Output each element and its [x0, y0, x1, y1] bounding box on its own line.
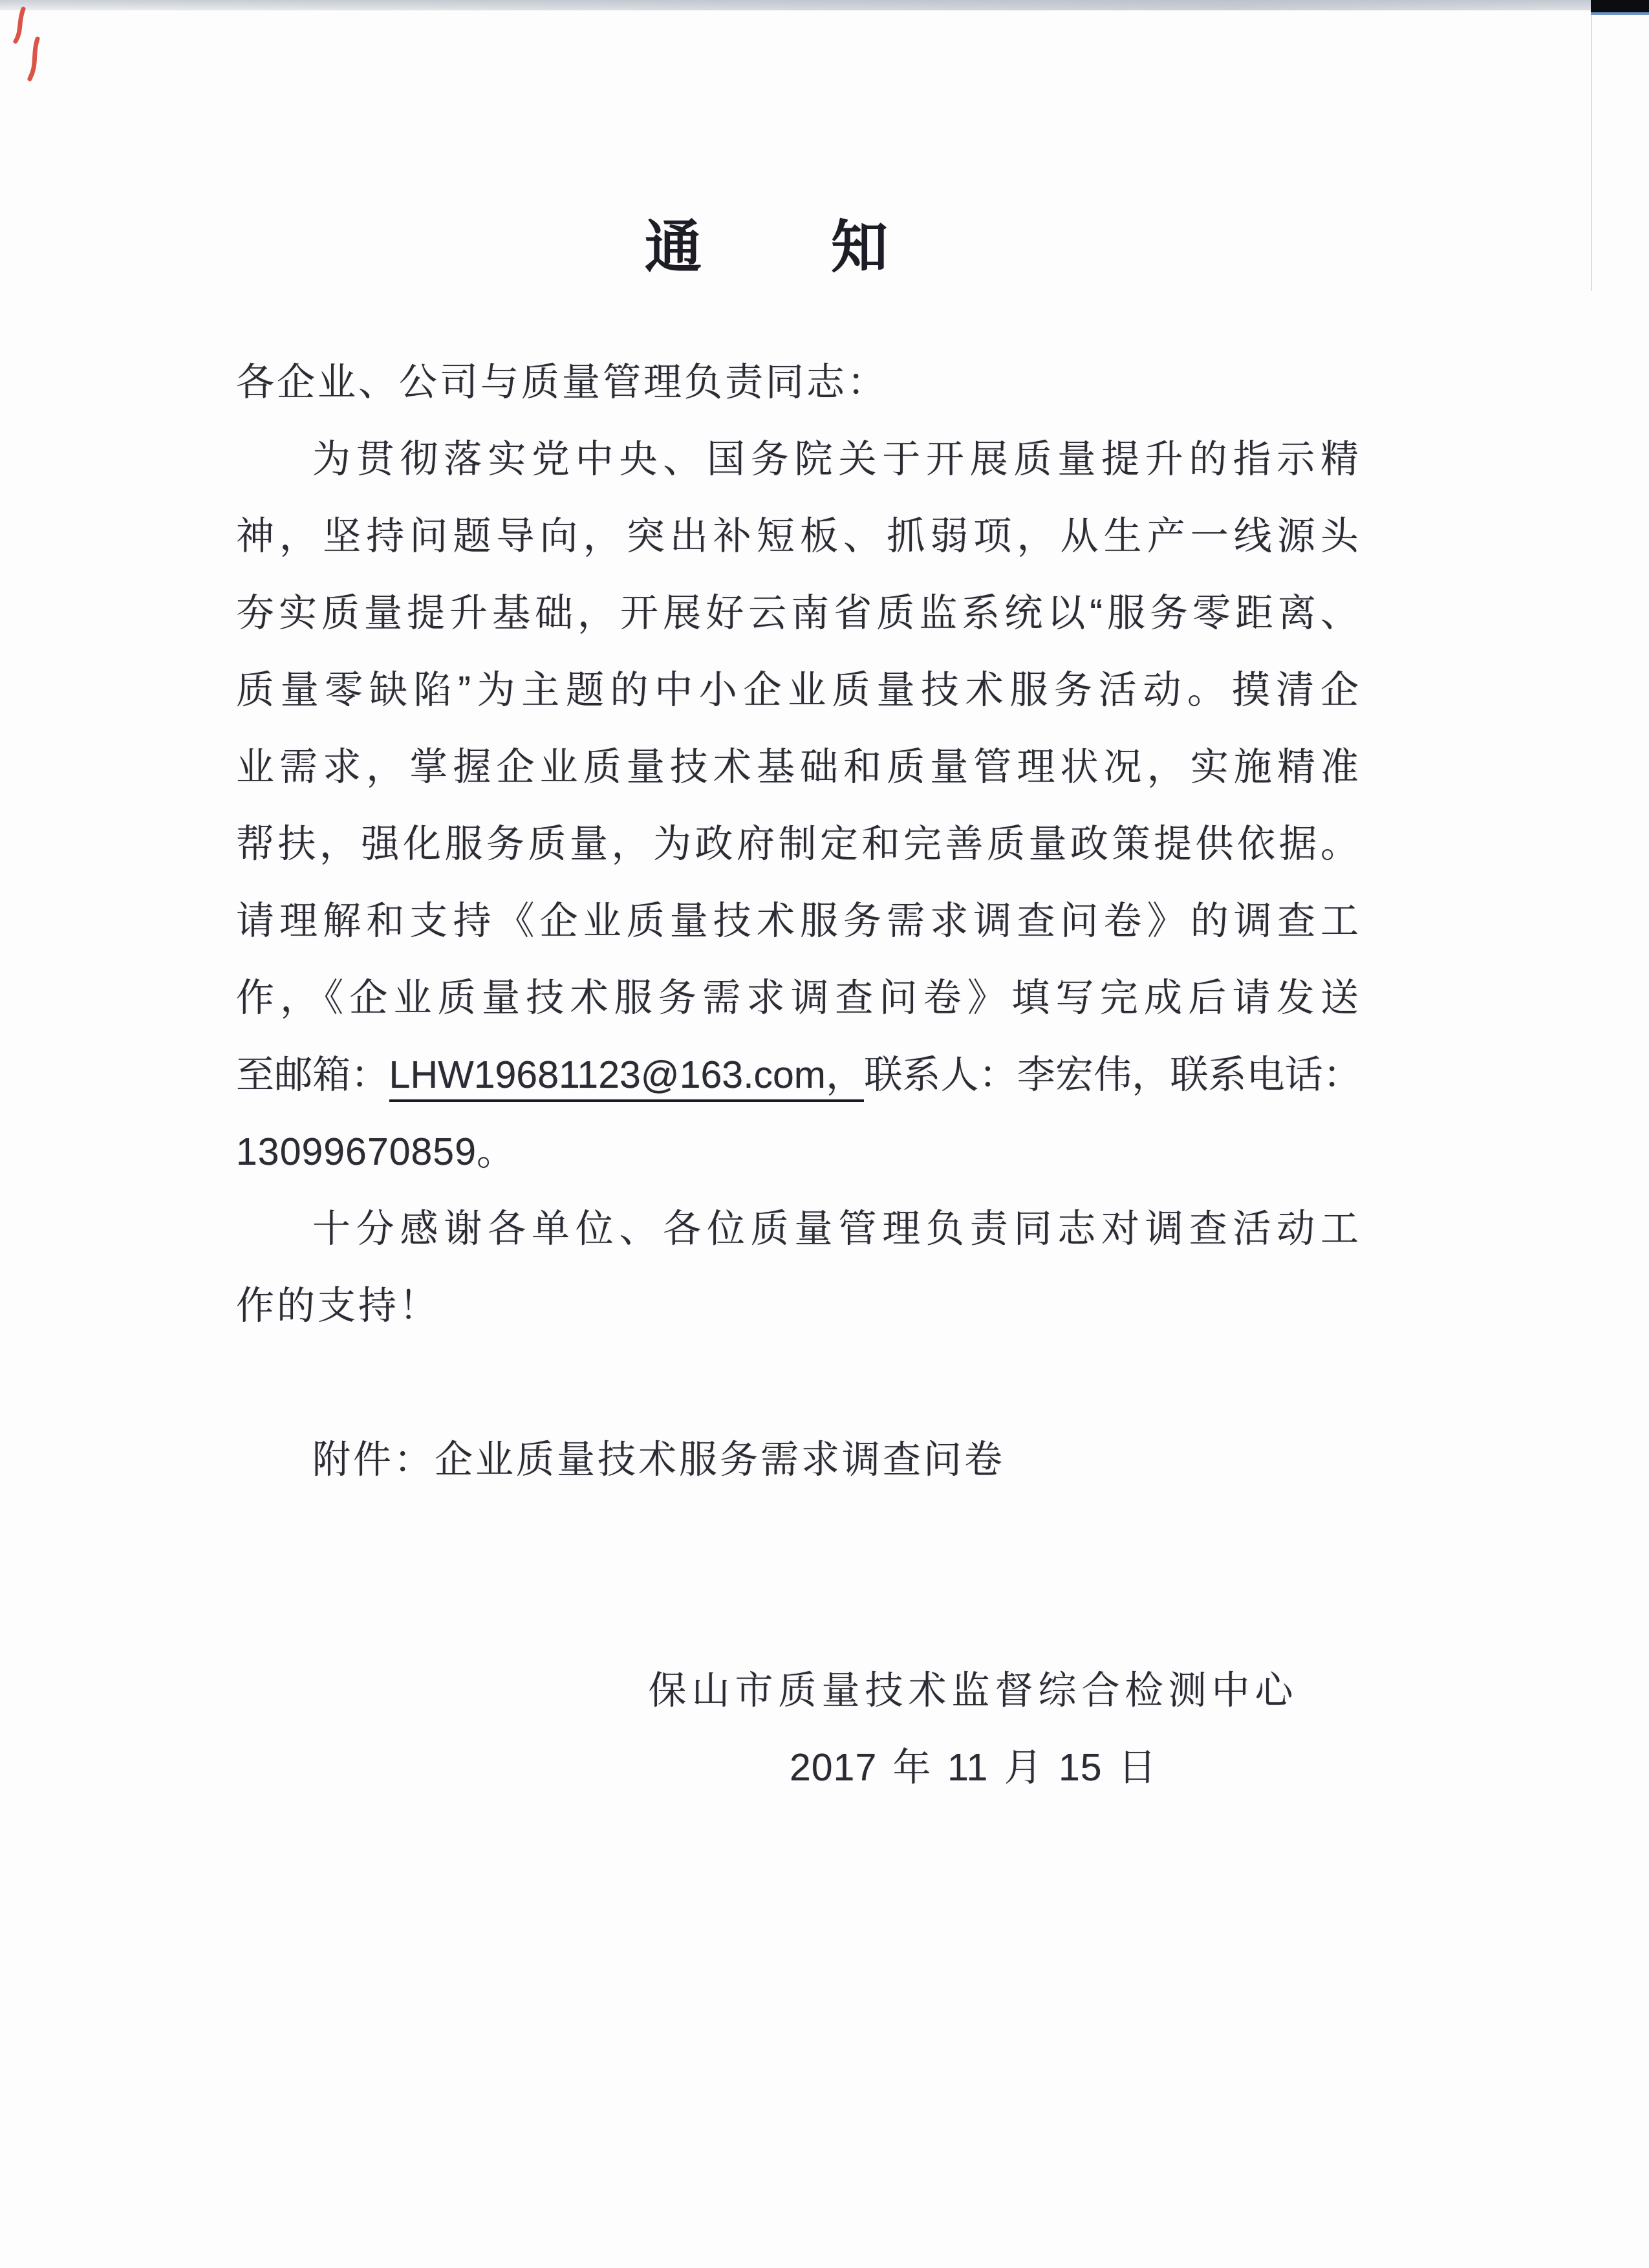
body-line-5: 业需求，掌握企业质量技术基础和质量管理状况，实施精准: [236, 729, 1361, 806]
spacer-line: [236, 1498, 1361, 1575]
spacer-line: [236, 1345, 1361, 1421]
body-line-6: 帮扶，强化服务质量，为政府制定和完善质量政策提供依据。: [236, 806, 1361, 883]
body-line-2: 神，坚持问题导向，突出补短板、抓弱项，从生产一线源头: [236, 498, 1361, 575]
page-title: 通知: [645, 202, 888, 283]
signature-org-line: 保山市质量技术监督综合检测中心: [236, 1652, 1361, 1729]
scan-corner-mark-blue: [1591, 12, 1649, 15]
red-pen-marks: [6, 4, 58, 94]
title-char-left: 通: [645, 215, 702, 279]
body-line-8: 作，《企业质量技术服务需求调查问卷》填写完成后请发送: [236, 960, 1361, 1037]
attachment-line: 附件：企业质量技术服务需求调查问卷: [236, 1421, 1361, 1498]
body-line-7: 请理解和支持《企业质量技术服务需求调查问卷》的调查工: [236, 883, 1361, 960]
email-contact-line: 至邮箱：LHW19681123@163.com，联系人：李宏伟，联系电话：: [236, 1037, 1361, 1114]
thanks-line-2: 作的支持！: [236, 1268, 1361, 1345]
contact-person-label: 联系人：李宏伟，联系电话：: [864, 1053, 1361, 1096]
scan-top-edge-artifact: [0, 0, 1649, 10]
notice-body: 各企业、公司与质量管理负责同志： 为贯彻落实党中央、国务院关于开展质量提升的指示…: [236, 344, 1361, 1806]
phone-number-line: 13099670859。: [236, 1114, 1361, 1191]
salutation-line: 各企业、公司与质量管理负责同志：: [236, 344, 1361, 421]
date-line: 2017 年 11 月 15 日: [236, 1729, 1361, 1806]
title-char-right: 知: [831, 215, 888, 279]
body-line-4: 质量零缺陷”为主题的中小企业质量技术服务活动。摸清企: [236, 652, 1361, 729]
notice-document-page: 通知 各企业、公司与质量管理负责同志： 为贯彻落实党中央、国务院关于开展质量提升…: [0, 0, 1649, 2268]
email-address: LHW19681123@163.com，: [389, 1053, 865, 1102]
body-line-1: 为贯彻落实党中央、国务院关于开展质量提升的指示精: [236, 421, 1361, 498]
email-prefix-label: 至邮箱：: [236, 1053, 389, 1096]
thanks-line-1: 十分感谢各单位、各位质量管理负责同志对调查活动工: [236, 1191, 1361, 1268]
body-line-3: 夯实质量提升基础，开展好云南省质监系统以“服务零距离、: [236, 575, 1361, 652]
scan-corner-mark: [1591, 0, 1649, 12]
title-row: 通知: [0, 202, 1649, 283]
spacer-line: [236, 1575, 1361, 1652]
